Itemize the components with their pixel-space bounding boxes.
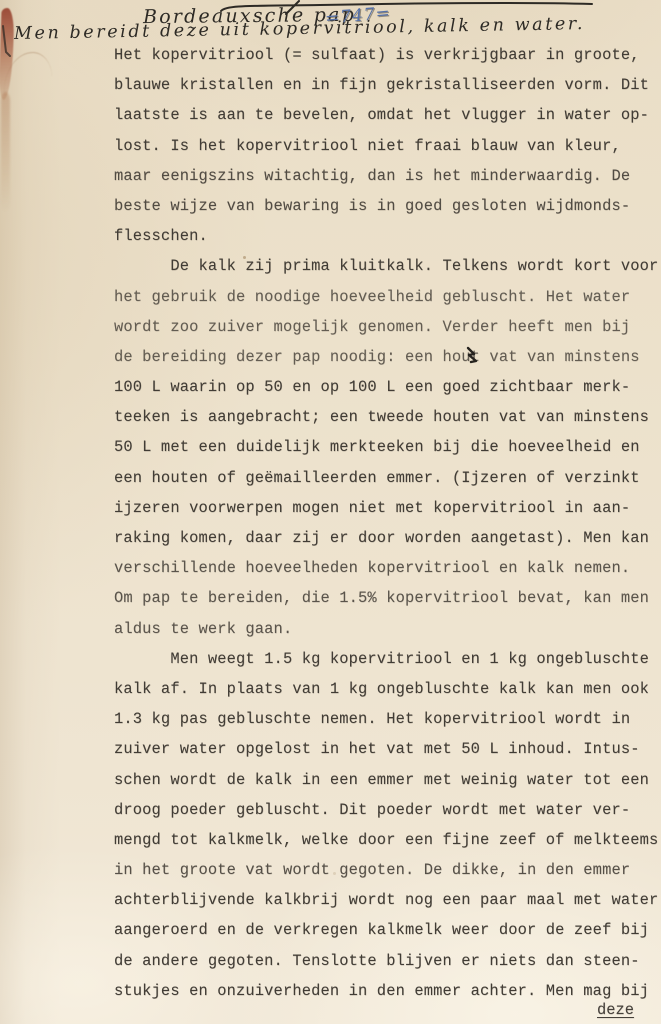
typed-line: raking komen, daar zij er door worden aa… [114,523,658,553]
typed-line: 50 L met een duidelijk merkteeken bij di… [114,432,658,462]
typed-line: lost. Is het kopervitriool niet fraai bl… [114,131,658,161]
typed-line: teeken is aangebracht; een tweede houten… [114,402,658,432]
typed-line: in het groote vat wordt gegoten. De dikk… [114,855,658,885]
typed-line: verschillende hoeveelheden kopervitriool… [114,553,658,583]
typed-line: blauwe kristallen en in fijn gekristalli… [114,70,658,100]
typed-text: Het kopervitriool (= sulfaat) is verkrij… [114,40,658,1006]
typed-line: het gebruik de noodige hoeveelheid geblu… [114,282,658,312]
typed-line: 100 L waarin op 50 en op 100 L een goed … [114,372,658,402]
typed-line: beste wijze van bewaring is in goed gesl… [114,191,658,221]
paper-sheet: Bordeauxsche pap =747= Men bereidt deze … [0,0,661,1024]
typed-line: zuiver water opgelost in het vat met 50 … [114,734,658,764]
catchword: deze [597,1001,634,1019]
typed-line: Het kopervitriool (= sulfaat) is verkrij… [114,40,658,70]
typed-line: flesschen. [114,221,658,251]
typed-line: mengd tot kalkmelk, welke door een fijne… [114,825,658,855]
typed-line: een houten of geëmailleerden emmer. (Ijz… [114,463,658,493]
insertion-mark [465,346,481,364]
typed-line: stukjes en onzuiverheden in den emmer ac… [114,976,658,1006]
typed-line: ijzeren voorwerpen mogen niet met koperv… [114,493,658,523]
typed-line: de bereiding dezer pap noodig: een hout … [114,342,658,372]
rust-stain-faded [1,92,10,212]
typed-line: de andere gegoten. Tenslotte blijven er … [114,946,658,976]
typed-line: Men weegt 1.5 kg kopervitriool en 1 kg o… [114,644,658,674]
typed-line: wordt zoo zuiver mogelijk genomen. Verde… [114,312,658,342]
typed-line: laatste is aan te bevelen, omdat het vlu… [114,100,658,130]
typed-line: aldus te werk gaan. [114,614,658,644]
typed-line: schen wordt de kalk in een emmer met wei… [114,765,658,795]
typed-line: De kalk zij prima kluitkalk. Telkens wor… [114,251,658,281]
typed-line: achterblijvende kalkbrij wordt nog een p… [114,885,658,915]
typed-line: 1.3 kg pas gebluschte nemen. Het kopervi… [114,704,658,734]
typed-line: aangeroerd en de verkregen kalkmelk weer… [114,915,658,945]
typed-line: maar eenigszins witachtig, dan is het mi… [114,161,658,191]
typed-line: Om pap te bereiden, die 1.5% kopervitrio… [114,583,658,613]
typed-line: droog poeder gebluscht. Dit poeder wordt… [114,795,658,825]
typed-line: kalk af. In plaats van 1 kg ongebluschte… [114,674,658,704]
